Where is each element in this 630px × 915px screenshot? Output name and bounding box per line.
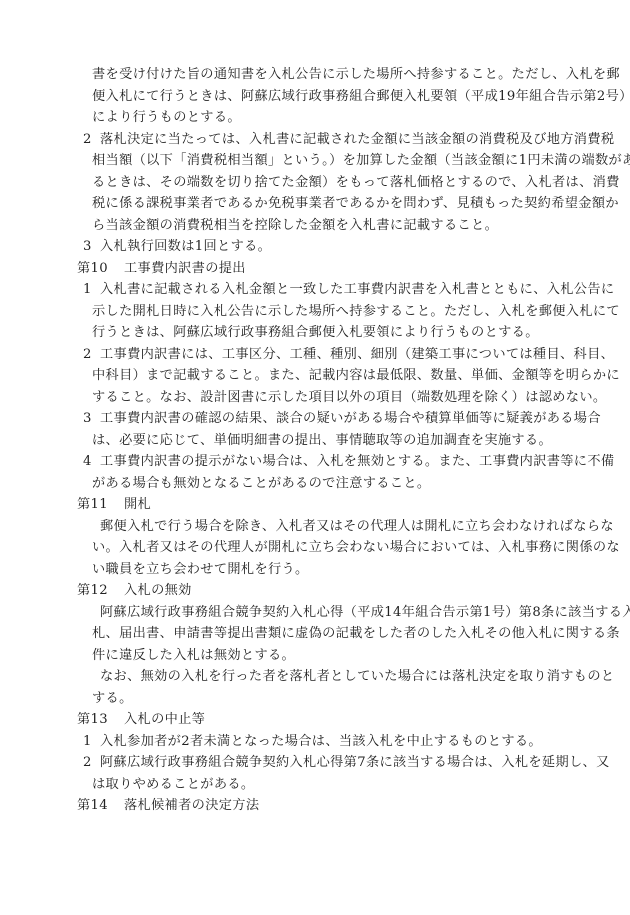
text-line: 示した開札日時に入札公告に示した場所へ持参すること。ただし、入札を郵便入札にて bbox=[0, 301, 630, 323]
section-number: 第11 bbox=[77, 494, 124, 516]
document-page: 書を受け付けた旨の通知書を入札公告に示した場所へ持参すること。ただし、入札を郵 … bbox=[0, 64, 630, 817]
paragraph-start: なお、無効の入札を行った者を落札者としていた場合には落札決定を取り消すものと bbox=[0, 666, 630, 688]
numbered-item: 3工事費内訳書の確認の結果、談合の疑いがある場合や積算単価等に疑義がある場合 bbox=[0, 408, 630, 430]
section-title: 工事費内訳書の提出 bbox=[124, 261, 246, 276]
text-line: い。入札者又はその代理人が開札に立ち会わない場合においては、入札事務に関係のな bbox=[0, 537, 630, 559]
text-line: により行うものとする。 bbox=[0, 107, 630, 129]
item-text: 工事費内訳書には、工事区分、工種、種別、細別（建築工事については種目、科目、 bbox=[100, 347, 614, 362]
section-number: 第13 bbox=[77, 709, 124, 731]
item-text: 入札参加者が2者未満となった場合は、当該入札を中止するものとする。 bbox=[100, 734, 542, 749]
text-line: るときは、その端数を切り捨てた金額）をもって落札価格とするので、入札者は、消費 bbox=[0, 172, 630, 194]
section-title: 開札 bbox=[124, 497, 151, 512]
text-line: 相当額（以下「消費税相当額」という。）を加算した金額（当該金額に1円未満の端数が… bbox=[0, 150, 630, 172]
item-number: 4 bbox=[83, 451, 100, 473]
numbered-item: 2阿蘇広域行政事務組合競争契約入札心得第7条に該当する場合は、入札を延期し、又 bbox=[0, 752, 630, 774]
numbered-item: 4工事費内訳書の提示がない場合は、入札を無効とする。また、工事費内訳書等に不備 bbox=[0, 451, 630, 473]
item-number: 1 bbox=[83, 731, 100, 753]
text-line: い職員を立ち会わせて開札を行う。 bbox=[0, 559, 630, 581]
item-number: 2 bbox=[83, 129, 100, 151]
paragraph-start: 阿蘇広域行政事務組合競争契約入札心得（平成14年組合告示第1号）第8条に該当する… bbox=[0, 602, 630, 624]
text-line: は、必要に応じて、単価明細書の提出、事情聴取等の追加調査を実施する。 bbox=[0, 430, 630, 452]
numbered-item: 2工事費内訳書には、工事区分、工種、種別、細別（建築工事については種目、科目、 bbox=[0, 344, 630, 366]
text-line: 書を受け付けた旨の通知書を入札公告に示した場所へ持参すること。ただし、入札を郵 bbox=[0, 64, 630, 86]
paragraph-start: 郵便入札で行う場合を除き、入札者又はその代理人は開札に立ち会わなければならな bbox=[0, 516, 630, 538]
item-number: 1 bbox=[83, 279, 100, 301]
numbered-item: 2落札決定に当たっては、入札書に記載された金額に当該金額の消費税及び地方消費税 bbox=[0, 129, 630, 151]
numbered-item: 3入札執行回数は1回とする。 bbox=[0, 236, 630, 258]
section-heading: 第11開札 bbox=[0, 494, 630, 516]
section-title: 入札の無効 bbox=[124, 583, 192, 598]
section-heading: 第14落札候補者の決定方法 bbox=[0, 795, 630, 817]
item-text: 入札執行回数は1回とする。 bbox=[100, 239, 271, 254]
text-line: 税に係る課税事業者であるか免税事業者であるかを問わず、見積もった契約希望金額か bbox=[0, 193, 630, 215]
item-text: 工事費内訳書の提示がない場合は、入札を無効とする。また、工事費内訳書等に不備 bbox=[100, 454, 614, 469]
item-number: 3 bbox=[83, 236, 100, 258]
text-line: 中科目）まで記載すること。また、記載内容は最低限、数量、単価、金額等を明らかに bbox=[0, 365, 630, 387]
item-number: 3 bbox=[83, 408, 100, 430]
section-heading: 第12入札の無効 bbox=[0, 580, 630, 602]
item-text: 入札書に記載される入札金額と一致した工事費内訳書を入札書とともに、入札公告に bbox=[100, 282, 614, 297]
numbered-item: 1入札参加者が2者未満となった場合は、当該入札を中止するものとする。 bbox=[0, 731, 630, 753]
numbered-item: 1入札書に記載される入札金額と一致した工事費内訳書を入札書とともに、入札公告に bbox=[0, 279, 630, 301]
section-heading: 第10工事費内訳書の提出 bbox=[0, 258, 630, 280]
section-number: 第10 bbox=[77, 258, 124, 280]
text-line: ら当該金額の消費税相当を控除した金額を入札書に記載すること。 bbox=[0, 215, 630, 237]
item-text: 工事費内訳書の確認の結果、談合の疑いがある場合や積算単価等に疑義がある場合 bbox=[100, 411, 601, 426]
text-line: 行うときは、阿蘇広域行政事務組合郵便入札要領により行うものとする。 bbox=[0, 322, 630, 344]
section-number: 第12 bbox=[77, 580, 124, 602]
text-line: がある場合も無効となることがあるので注意すること。 bbox=[0, 473, 630, 495]
section-title: 入札の中止等 bbox=[124, 712, 205, 727]
text-line: 便入札にて行うときは、阿蘇広域行政事務組合郵便入札要領（平成19年組合告示第2号… bbox=[0, 86, 630, 108]
item-text: 阿蘇広域行政事務組合競争契約入札心得第7条に該当する場合は、入札を延期し、又 bbox=[100, 755, 610, 770]
text-line: する。 bbox=[0, 688, 630, 710]
section-title: 落札候補者の決定方法 bbox=[124, 798, 259, 813]
item-text: 落札決定に当たっては、入札書に記載された金額に当該金額の消費税及び地方消費税 bbox=[100, 132, 614, 147]
text-line: 件に違反した入札は無効とする。 bbox=[0, 645, 630, 667]
text-line: すること。なお、設計図書に示した項目以外の項目（端数処理を除く）は認めない。 bbox=[0, 387, 630, 409]
text-line: 札、届出書、申請書等提出書類に虚偽の記載をした者のした入札その他入札に関する条 bbox=[0, 623, 630, 645]
item-number: 2 bbox=[83, 752, 100, 774]
text-line: は取りやめることがある。 bbox=[0, 774, 630, 796]
section-number: 第14 bbox=[77, 795, 124, 817]
section-heading: 第13入札の中止等 bbox=[0, 709, 630, 731]
item-number: 2 bbox=[83, 344, 100, 366]
